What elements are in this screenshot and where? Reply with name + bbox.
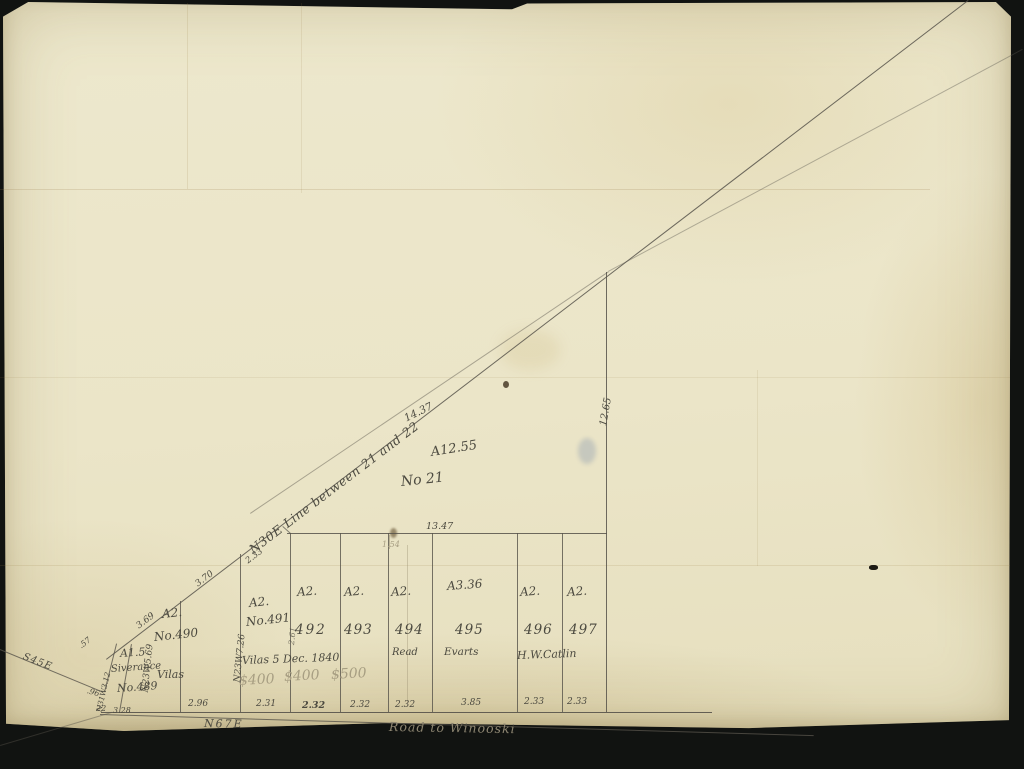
lots-top-line — [287, 533, 607, 534]
pencil-note-label: 1.54 — [382, 541, 400, 549]
corner-mark-label: 22 — [96, 705, 106, 713]
lot-489-acres: A1.5 — [120, 646, 146, 659]
shared-owner-note: H.W.Catlin — [517, 648, 577, 661]
lot-491-price: $400 — [239, 672, 275, 688]
lot-490-owner: Vilas — [157, 669, 184, 680]
bottom-road-name-label: Road to Winooski — [389, 721, 516, 736]
top-length-label: 13.47 — [426, 522, 453, 532]
lot-495-owner: Evarts — [444, 647, 478, 658]
lot-boundary — [517, 533, 518, 712]
deed-note: Vilas 5 Dec. 1840 — [242, 652, 340, 666]
lot-496-number: 496 — [524, 624, 553, 638]
bottom-road-bearing-label: N67E — [204, 718, 244, 730]
lot-495-number: 495 — [455, 624, 484, 638]
east-boundary-line — [606, 272, 607, 712]
lot-494-owner: Read — [392, 648, 418, 658]
lot-490-frontage: 2.96 — [188, 700, 208, 709]
lot-494-frontage: 2.32 — [395, 701, 415, 710]
lot-494-number: 494 — [395, 624, 424, 638]
lots-bottom-line — [101, 712, 712, 713]
survey-plat-scan: N30E Line between 21 and 22 14.37 2.33 A… — [0, 0, 1024, 769]
lot-491-acres: A2. — [248, 595, 269, 609]
lot-493-frontage: 2.32 — [350, 701, 370, 710]
lot-497-acres: A2. — [567, 585, 588, 598]
lot-494-acres: A2. — [391, 585, 412, 598]
lot-497-number: 497 — [569, 624, 598, 638]
lot-492-acres: A2. — [297, 585, 318, 598]
lot-496-frontage: 2.33 — [524, 698, 544, 707]
lot-495-acres: A3.36 — [447, 578, 483, 592]
lot-493-price: $500 — [331, 666, 367, 682]
lot-493-acres: A2. — [344, 585, 365, 598]
lot-boundary — [340, 533, 341, 712]
lot-491-frontage: 2.31 — [256, 700, 276, 709]
lot-493-number: 493 — [344, 624, 373, 638]
lot-boundary — [388, 533, 389, 712]
lot-492-price: $400 — [284, 668, 320, 684]
lot-492-number: 492 — [295, 624, 327, 638]
corner-length-label: 3.28 — [113, 707, 131, 715]
lot-489-number: No.489 — [117, 680, 158, 694]
lot-497-frontage: 2.33 — [567, 698, 587, 707]
lot-boundary — [432, 533, 433, 712]
lot-492-frontage: 2.32 — [302, 701, 325, 711]
lot-496-acres: A2. — [520, 585, 541, 598]
lot-495-frontage: 3.85 — [461, 699, 481, 708]
lot-boundary — [562, 533, 563, 712]
lot-490-acres: A2. — [161, 606, 182, 620]
